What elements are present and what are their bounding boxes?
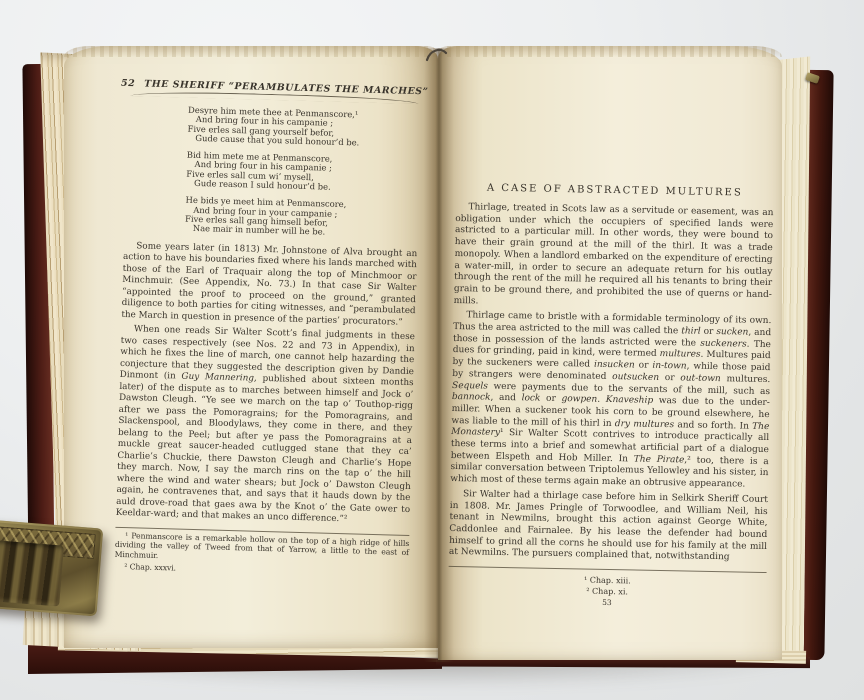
paragraph: Thirlage, treated in Scots law as a serv… <box>454 202 774 313</box>
paragraph: Some years later (in 1813) Mr. Johnstone… <box>121 240 417 329</box>
left-page-number: 52 <box>121 78 135 89</box>
photo-of-open-book: 52 THE SHERIFF “PERAMBULATES THE MARCHES… <box>0 0 864 700</box>
right-page-text: A CASE OF ABSTRACTED MULTURES Thirlage, … <box>448 182 774 610</box>
paragraph: When one reads Sir Walter Scott’s final … <box>116 324 415 528</box>
brass-ribbed-relief <box>0 540 64 606</box>
bookmark-thread <box>424 44 450 66</box>
paragraph: Thirlage came to bristle with a formidab… <box>450 310 771 492</box>
left-page-text: 52 THE SHERIFF “PERAMBULATES THE MARCHES… <box>114 78 422 580</box>
stanza: Bid him mete me at Penmanscore, And brin… <box>186 151 359 193</box>
brass-clip-ornament <box>0 520 103 617</box>
stanza: Desyre him mete thee at Penmanscore,¹ An… <box>187 106 360 148</box>
footnote: ¹ Penmanscore is a remarkable hollow on … <box>115 530 410 567</box>
ballad-quotation: Desyre him mete thee at Penmanscore,¹ An… <box>185 106 360 238</box>
footnote-rule <box>449 566 767 573</box>
stanza: He bids ye meet him at Penmanscore, And … <box>185 196 358 238</box>
paragraph: Sir Walter had a thirlage case before hi… <box>449 489 768 565</box>
